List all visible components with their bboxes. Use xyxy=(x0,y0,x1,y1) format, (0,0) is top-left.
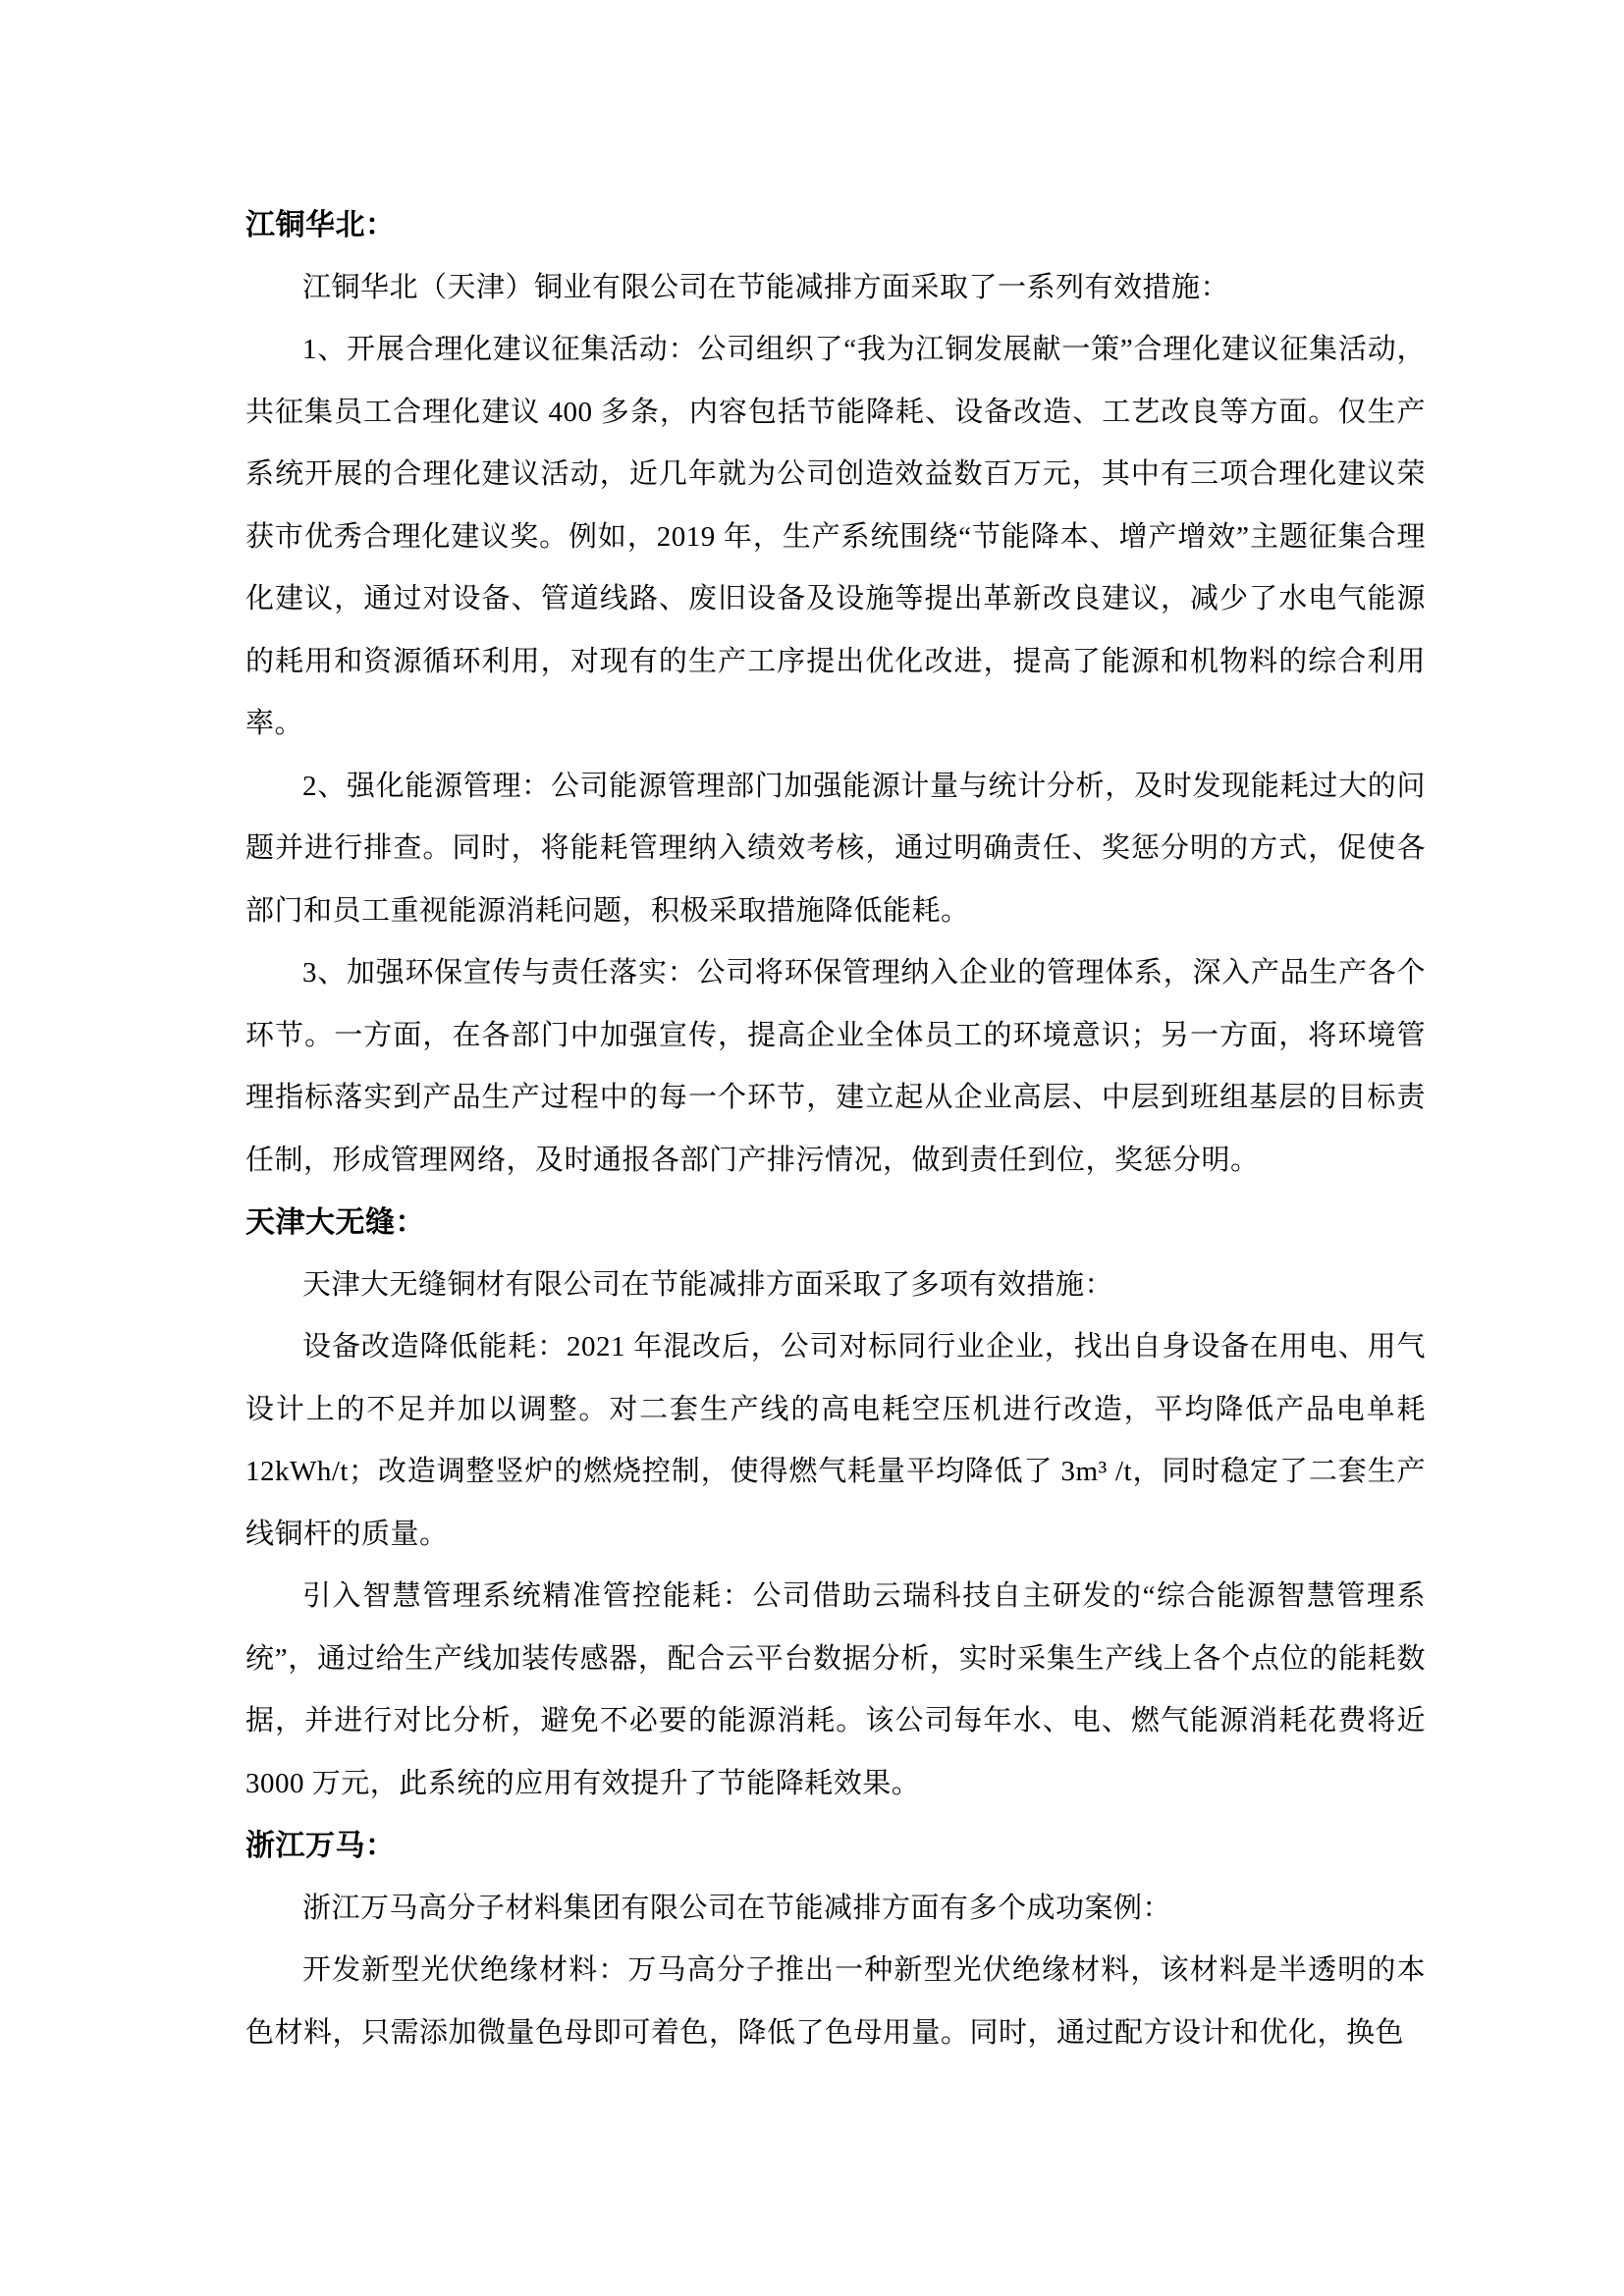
section-zhejiang-wanma: 浙江万马： 浙江万马高分子材料集团有限公司在节能减排方面有多个成功案例： 开发新… xyxy=(245,1815,1426,2064)
paragraph: 3、加强环保宣传与责任落实：公司将环保管理纳入企业的管理体系，深入产品生产各个环… xyxy=(245,942,1426,1192)
section-heading: 浙江万马： xyxy=(245,1815,1426,1878)
section-tianjin-dawufeng: 天津大无缝： 天津大无缝铜材有限公司在节能减排方面采取了多项有效措施： 设备改造… xyxy=(245,1192,1426,1815)
paragraph: 引入智慧管理系统精准管控能耗：公司借助云瑞科技自主研发的“综合能源智慧管理系统”… xyxy=(245,1566,1426,1815)
paragraph: 浙江万马高分子材料集团有限公司在节能减排方面有多个成功案例： xyxy=(245,1878,1426,1941)
paragraph: 1、开展合理化建议征集活动：公司组织了“我为江铜发展献一策”合理化建议征集活动，… xyxy=(245,319,1426,756)
paragraph: 开发新型光伏绝缘材料：万马高分子推出一种新型光伏绝缘材料，该材料是半透明的本色材… xyxy=(245,1940,1426,2064)
section-heading: 江铜华北： xyxy=(245,194,1426,257)
section-jiangtong-huabei: 江铜华北： 江铜华北（天津）铜业有限公司在节能减排方面采取了一系列有效措施： 1… xyxy=(245,194,1426,1192)
paragraph: 设备改造降低能耗：2021 年混改后，公司对标同行业企业，找出自身设备在用电、用… xyxy=(245,1316,1426,1566)
paragraph: 江铜华北（天津）铜业有限公司在节能减排方面采取了一系列有效措施： xyxy=(245,257,1426,320)
paragraph: 天津大无缝铜材有限公司在节能减排方面采取了多项有效措施： xyxy=(245,1255,1426,1317)
section-heading: 天津大无缝： xyxy=(245,1192,1426,1255)
document-body: 江铜华北： 江铜华北（天津）铜业有限公司在节能减排方面采取了一系列有效措施： 1… xyxy=(245,194,1426,2064)
document-page: 江铜华北： 江铜华北（天津）铜业有限公司在节能减排方面采取了一系列有效措施： 1… xyxy=(0,0,1624,2296)
paragraph: 2、强化能源管理：公司能源管理部门加强能源计量与统计分析，及时发现能耗过大的问题… xyxy=(245,756,1426,943)
